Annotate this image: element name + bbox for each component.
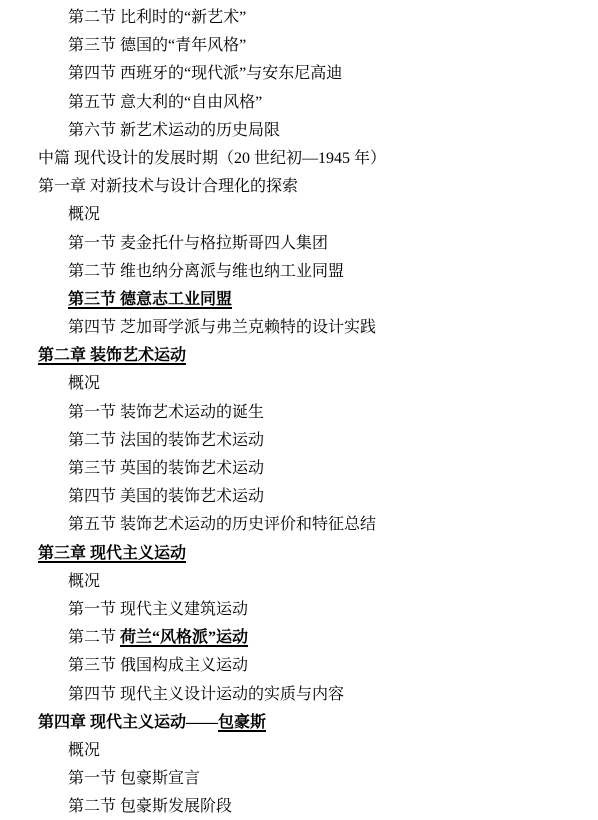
toc-entry: 概况 [0, 201, 598, 229]
toc-entry-text: 第一章 对新技术与设计合理化的探索 [38, 178, 298, 195]
toc-entry-text: 概况 [68, 206, 100, 223]
toc-entry-text: 中篇 现代设计的发展时期（20 世纪初—1945 年） [38, 150, 386, 167]
toc-entry-text: 概况 [68, 375, 100, 392]
toc-entry-text: 第五节 意大利的“自由风格” [68, 94, 262, 111]
toc-entry: 第四节 现代主义设计运动的实质与内容 [0, 681, 598, 709]
toc-entry-text: 第二节 [68, 629, 120, 646]
toc-entry-text: 第三节 英国的装饰艺术运动 [68, 460, 264, 477]
toc-entry: 第三节 德国的“青年风格” [0, 32, 598, 60]
toc-entry: 概况 [0, 568, 598, 596]
toc-entry: 第三章 现代主义运动 [0, 540, 598, 568]
toc-entry: 第一节 包豪斯宣言 [0, 765, 598, 793]
toc-entry: 第二节 荷兰“风格派”运动 [0, 624, 598, 652]
toc-entry: 第二节 法国的装饰艺术运动 [0, 427, 598, 455]
toc-entry-text: 第二节 比利时的“新艺术” [68, 9, 246, 26]
toc-entry-text: 第三节 德国的“青年风格” [68, 37, 246, 54]
toc-entry: 第四节 西班牙的“现代派”与安东尼高迪 [0, 60, 598, 88]
document-page: 第二节 比利时的“新艺术”第三节 德国的“青年风格”第四节 西班牙的“现代派”与… [0, 0, 598, 820]
toc-entry-text: 第一节 装饰艺术运动的诞生 [68, 404, 264, 421]
toc-entry: 第五节 意大利的“自由风格” [0, 89, 598, 117]
toc-entry-text: 第六节 新艺术运动的历史局限 [68, 122, 280, 139]
toc-list: 第二节 比利时的“新艺术”第三节 德国的“青年风格”第四节 西班牙的“现代派”与… [0, 4, 598, 820]
toc-entry-text: 第一节 包豪斯宣言 [68, 770, 200, 787]
toc-entry-text: 第二节 法国的装饰艺术运动 [68, 432, 264, 449]
toc-entry-text: 第三章 现代主义运动 [38, 545, 186, 562]
toc-entry-text: 荷兰“风格派”运动 [120, 629, 248, 646]
toc-entry: 第二节 比利时的“新艺术” [0, 4, 598, 32]
toc-entry: 第四章 现代主义运动——包豪斯 [0, 709, 598, 737]
toc-entry: 第一节 装饰艺术运动的诞生 [0, 399, 598, 427]
toc-entry: 第三节 英国的装饰艺术运动 [0, 455, 598, 483]
toc-entry-text: 概况 [68, 573, 100, 590]
toc-entry: 第二章 装饰艺术运动 [0, 342, 598, 370]
toc-entry-text: 第一节 现代主义建筑运动 [68, 601, 248, 618]
toc-entry-text: 第四节 芝加哥学派与弗兰克赖特的设计实践 [68, 319, 376, 336]
toc-entry-text: 第三节 俄国构成主义运动 [68, 657, 248, 674]
toc-entry: 第三节 俄国构成主义运动 [0, 652, 598, 680]
toc-entry-text: 第二节 维也纳分离派与维也纳工业同盟 [68, 263, 344, 280]
toc-entry: 第四节 芝加哥学派与弗兰克赖特的设计实践 [0, 314, 598, 342]
toc-entry-text: 第二节 包豪斯发展阶段 [68, 798, 232, 815]
toc-entry: 第四节 美国的装饰艺术运动 [0, 483, 598, 511]
toc-entry: 第二节 包豪斯发展阶段 [0, 793, 598, 820]
toc-entry: 第三节 德意志工业同盟 [0, 286, 598, 314]
toc-entry-text: 包豪斯 [218, 714, 266, 731]
toc-entry-text: 第五节 装饰艺术运动的历史评价和特征总结 [68, 516, 376, 533]
toc-entry: 第一章 对新技术与设计合理化的探索 [0, 173, 598, 201]
toc-entry-text: 第四节 西班牙的“现代派”与安东尼高迪 [68, 65, 342, 82]
toc-entry-text: 第一节 麦金托什与格拉斯哥四人集团 [68, 235, 328, 252]
toc-entry: 第五节 装饰艺术运动的历史评价和特征总结 [0, 511, 598, 539]
toc-entry-text: 第四章 现代主义运动—— [38, 714, 218, 731]
toc-entry: 第二节 维也纳分离派与维也纳工业同盟 [0, 258, 598, 286]
toc-entry: 第一节 现代主义建筑运动 [0, 596, 598, 624]
toc-entry-text: 第四节 美国的装饰艺术运动 [68, 488, 264, 505]
toc-entry: 概况 [0, 737, 598, 765]
toc-entry-text: 第四节 现代主义设计运动的实质与内容 [68, 686, 344, 703]
toc-entry: 第一节 麦金托什与格拉斯哥四人集团 [0, 230, 598, 258]
toc-entry-text: 概况 [68, 742, 100, 759]
toc-entry: 概况 [0, 370, 598, 398]
toc-entry-text: 第三节 德意志工业同盟 [68, 291, 232, 308]
toc-entry-text: 第二章 装饰艺术运动 [38, 347, 186, 364]
toc-entry: 中篇 现代设计的发展时期（20 世纪初—1945 年） [0, 145, 598, 173]
toc-entry: 第六节 新艺术运动的历史局限 [0, 117, 598, 145]
